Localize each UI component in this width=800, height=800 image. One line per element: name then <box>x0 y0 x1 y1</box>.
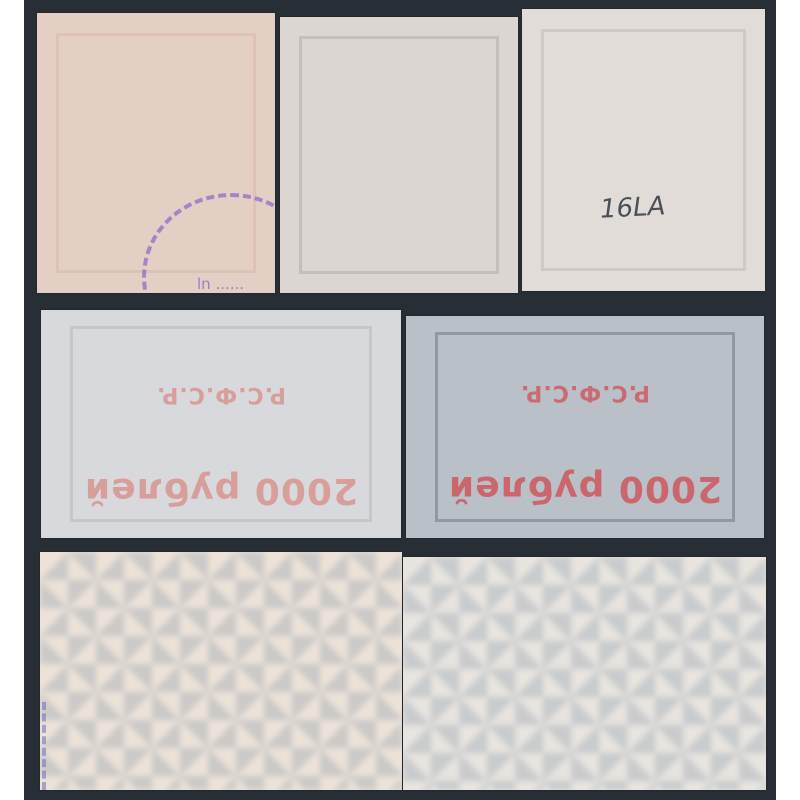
overprint-top-show-through: P.C.Ф.C.P. <box>406 380 764 405</box>
stamp-photo: ln ...... 16LA P.C.Ф.C.P. 2000 рублей P.… <box>0 0 800 800</box>
postmark-text: ln ...... <box>197 275 244 293</box>
diamond-watermark-pattern <box>403 557 766 790</box>
pencil-note: 16LA <box>599 191 666 224</box>
design-show-through <box>541 29 745 272</box>
stamp-top-right: 16LA <box>522 9 765 291</box>
overprint-top-show-through: P.C.Ф.C.P. <box>41 382 401 407</box>
stamp-top-left: ln ...... <box>37 13 275 293</box>
stamp-middle-left: P.C.Ф.C.P. 2000 рублей <box>41 310 401 538</box>
stamp-bottom-left <box>40 552 402 790</box>
diamond-watermark-pattern <box>40 552 402 790</box>
postmark-fragment <box>42 702 86 790</box>
stamp-middle-right: P.C.Ф.C.P. 2000 рублей <box>406 316 764 538</box>
stamp-bottom-right <box>403 557 766 790</box>
overprint-value-show-through: 2000 рублей <box>406 468 764 509</box>
design-show-through <box>299 36 499 273</box>
stamp-top-middle <box>280 17 518 293</box>
overprint-value-show-through: 2000 рублей <box>41 470 401 511</box>
